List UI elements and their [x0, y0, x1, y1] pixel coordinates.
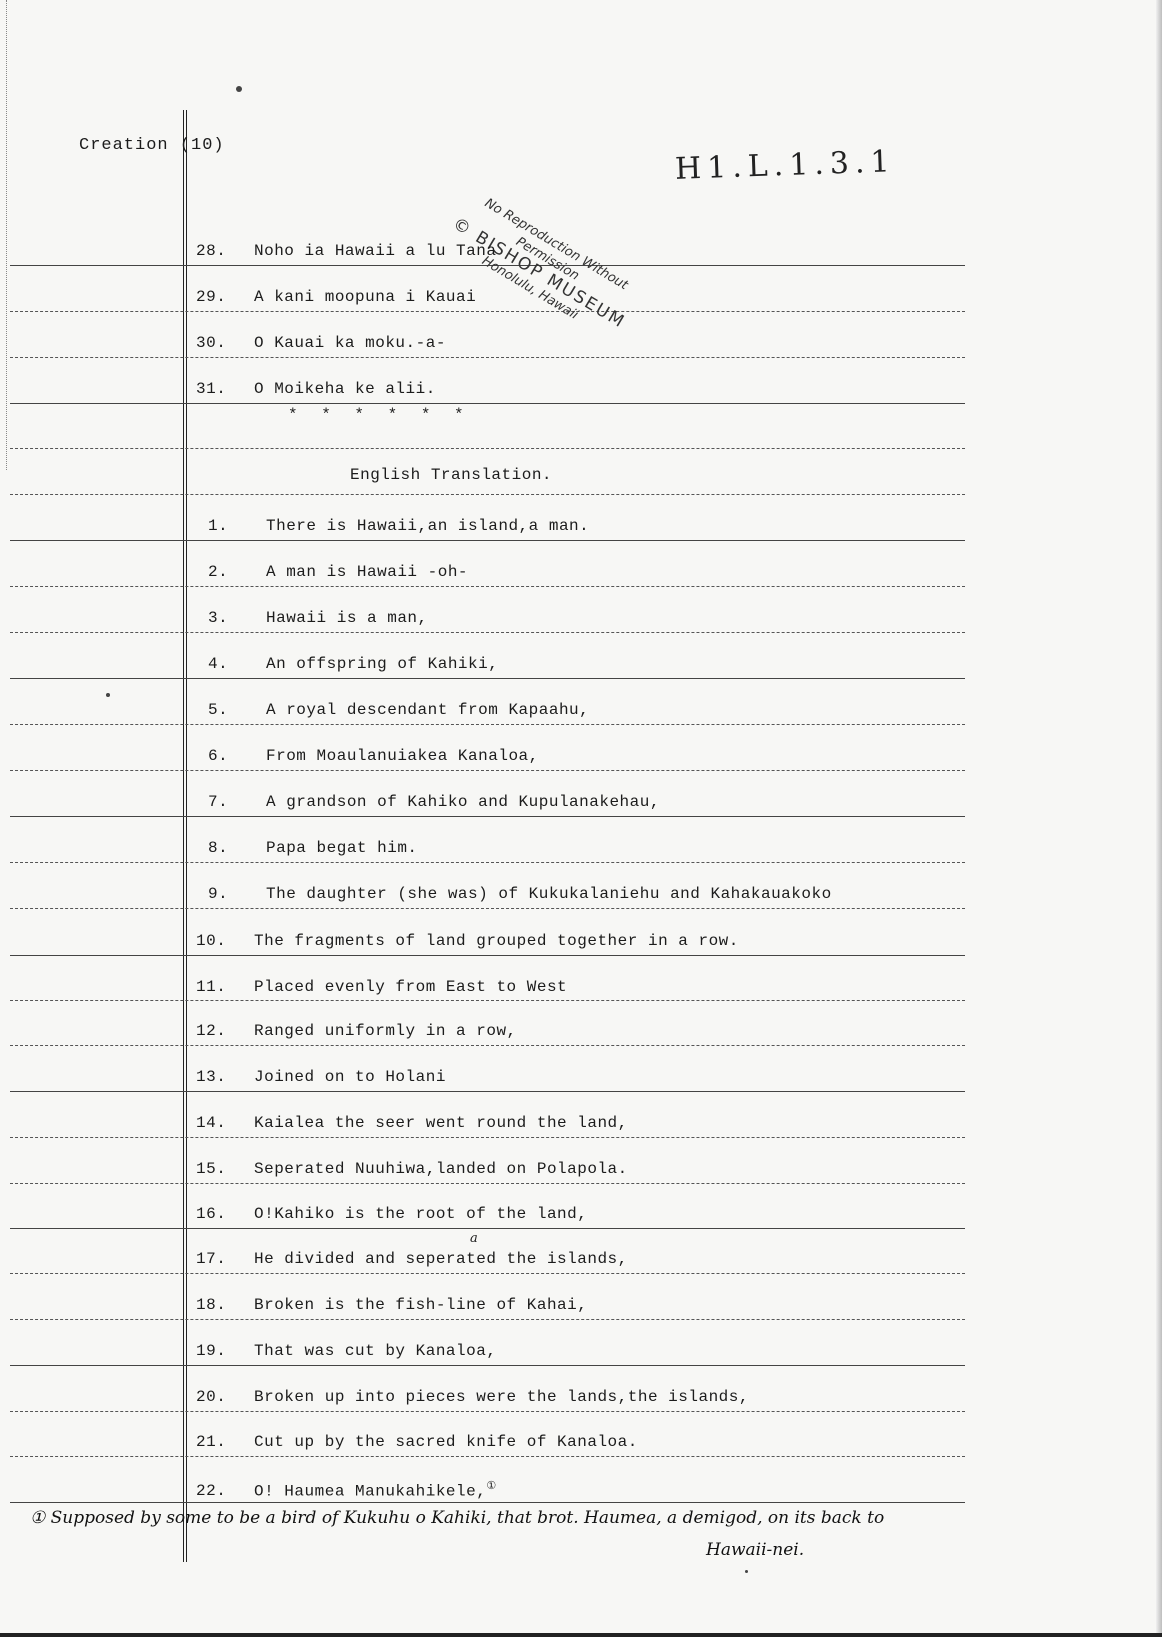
- verse-text: A man is Hawaii -oh-: [266, 563, 468, 581]
- verse-text: From Moaulanuiakea Kanaloa,: [266, 747, 539, 765]
- verse-number: 1.: [208, 517, 266, 535]
- verse-number: 19.: [196, 1342, 254, 1360]
- verse-text: Papa begat him.: [266, 839, 418, 857]
- verse-text: Cut up by the sacred knife of Kanaloa.: [254, 1433, 638, 1451]
- ruled-line: [10, 1502, 965, 1503]
- page-header-title: Creation (10): [79, 136, 225, 155]
- ruled-line: [10, 908, 965, 909]
- verse-line: 13.Joined on to Holani: [196, 1068, 446, 1086]
- verse-line: 21.Cut up by the sacred knife of Kanaloa…: [196, 1433, 638, 1451]
- ruled-line: [10, 1137, 965, 1138]
- verse-line: 29.A kani moopuna i Kauai: [196, 288, 476, 306]
- ruled-line: [10, 403, 965, 404]
- verse-text: He divided and seperated the islands,: [254, 1250, 628, 1268]
- document-page: Creation (10) H1.L.1.3.1 No Reproduction…: [0, 0, 1162, 1637]
- verse-line: 5.A royal descendant from Kapaahu,: [208, 701, 589, 719]
- paper-speck: [745, 1570, 748, 1573]
- verse-line: 16.O!Kahiko is the root of the land,: [196, 1205, 587, 1223]
- ruled-line: [10, 540, 965, 541]
- ruled-line: [10, 1319, 965, 1320]
- ruled-line: [10, 1456, 965, 1457]
- verse-number: 20.: [196, 1388, 254, 1406]
- verse-line: 22.O! Haumea Manukahikele,①: [196, 1479, 497, 1500]
- page-right-shadow: [1156, 0, 1162, 1637]
- verse-number: 18.: [196, 1296, 254, 1314]
- footnote-marker: ①: [486, 1479, 496, 1492]
- verse-line: 31.O Moikeha ke alii.: [196, 380, 436, 398]
- ruled-line: [10, 1228, 965, 1229]
- ruled-line: [10, 1411, 965, 1412]
- page-bottom-edge: [0, 1633, 1162, 1637]
- ruled-line: [10, 1045, 965, 1046]
- section-separator: * * * * * *: [288, 406, 464, 424]
- catalog-number: H1.L.1.3.1: [674, 144, 896, 187]
- section-title: English Translation.: [350, 466, 552, 484]
- ruled-line: [10, 1365, 965, 1366]
- verse-line: 12.Ranged uniformly in a row,: [196, 1022, 517, 1040]
- verse-line: 15.Seperated Nuuhiwa,landed on Polapola.: [196, 1160, 628, 1178]
- footnote-line-1: ① Supposed by some to be a bird of Kukuh…: [30, 1508, 884, 1528]
- ruled-line: [10, 955, 965, 956]
- verse-text: Broken is the fish-line of Kahai,: [254, 1296, 587, 1314]
- verse-number: 9.: [208, 885, 266, 903]
- paper-speck: [106, 693, 110, 697]
- page-left-edge: [6, 0, 7, 470]
- ruled-line: [10, 1091, 965, 1092]
- ruled-line: [10, 770, 965, 771]
- verse-line: 28.Noho ia Hawaii a lu Tana: [196, 242, 496, 260]
- verse-line: 17.He divided and seperated the islands,: [196, 1250, 628, 1268]
- verse-text: The daughter (she was) of Kukukalaniehu …: [266, 885, 832, 903]
- footnote-line-2: Hawaii-nei.: [706, 1540, 804, 1560]
- verse-number: 31.: [196, 380, 254, 398]
- verse-text: A kani moopuna i Kauai: [254, 288, 476, 306]
- verse-number: 13.: [196, 1068, 254, 1086]
- verse-text: Joined on to Holani: [254, 1068, 446, 1086]
- ruled-line: [10, 632, 965, 633]
- ruled-line: [10, 1273, 965, 1274]
- verse-text: Hawaii is a man,: [266, 609, 428, 627]
- ruled-line: [10, 494, 965, 495]
- verse-text: There is Hawaii,an island,a man.: [266, 517, 589, 535]
- verse-number: 5.: [208, 701, 266, 719]
- ruled-line: [10, 816, 965, 817]
- handwritten-correction: a: [470, 1231, 478, 1246]
- verse-number: 6.: [208, 747, 266, 765]
- verse-number: 7.: [208, 793, 266, 811]
- verse-text: O! Haumea Manukahikele,: [254, 1482, 486, 1500]
- verse-text: Kaialea the seer went round the land,: [254, 1114, 628, 1132]
- verse-line: 30.O Kauai ka moku.-a-: [196, 334, 446, 352]
- verse-number: 15.: [196, 1160, 254, 1178]
- verse-line: 20.Broken up into pieces were the lands,…: [196, 1388, 749, 1406]
- ruled-line: [10, 311, 965, 312]
- verse-text: Placed evenly from East to West: [254, 978, 567, 996]
- verse-number: 16.: [196, 1205, 254, 1223]
- ruled-line: [10, 1183, 965, 1184]
- verse-number: 12.: [196, 1022, 254, 1040]
- verse-number: 14.: [196, 1114, 254, 1132]
- ruled-line: [10, 724, 965, 725]
- verse-line: 18.Broken is the fish-line of Kahai,: [196, 1296, 587, 1314]
- verse-number: 28.: [196, 242, 254, 260]
- verse-line: 2.A man is Hawaii -oh-: [208, 563, 468, 581]
- verse-line: 3.Hawaii is a man,: [208, 609, 428, 627]
- verse-text: Noho ia Hawaii a lu Tana: [254, 242, 496, 260]
- verse-text: A grandson of Kahiko and Kupulanakehau,: [266, 793, 660, 811]
- verse-line: 6.From Moaulanuiakea Kanaloa,: [208, 747, 539, 765]
- verse-line: 19.That was cut by Kanaloa,: [196, 1342, 496, 1360]
- verse-number: 17.: [196, 1250, 254, 1268]
- ruled-line: [10, 586, 965, 587]
- verse-text: Broken up into pieces were the lands,the…: [254, 1388, 749, 1406]
- verse-line: 7.A grandson of Kahiko and Kupulanakehau…: [208, 793, 660, 811]
- verse-number: 22.: [196, 1482, 254, 1500]
- ruled-line: [10, 357, 965, 358]
- verse-line: 1.There is Hawaii,an island,a man.: [208, 517, 589, 535]
- verse-number: 3.: [208, 609, 266, 627]
- verse-text: O Moikeha ke alii.: [254, 380, 436, 398]
- verse-number: 30.: [196, 334, 254, 352]
- verse-number: 4.: [208, 655, 266, 673]
- verse-number: 21.: [196, 1433, 254, 1451]
- verse-text: That was cut by Kanaloa,: [254, 1342, 496, 1360]
- verse-line: 10.The fragments of land grouped togethe…: [196, 932, 739, 950]
- verse-number: 11.: [196, 978, 254, 996]
- ruled-line: [10, 862, 965, 863]
- verse-number: 29.: [196, 288, 254, 306]
- verse-line: 9.The daughter (she was) of Kukukalanieh…: [208, 885, 832, 903]
- verse-text: An offspring of Kahiki,: [266, 655, 498, 673]
- verse-number: 10.: [196, 932, 254, 950]
- verse-number: 2.: [208, 563, 266, 581]
- ruled-line: [10, 448, 965, 449]
- paper-speck: [236, 86, 242, 92]
- ruled-line: [10, 678, 965, 679]
- verse-text: Ranged uniformly in a row,: [254, 1022, 517, 1040]
- ruled-line: [10, 1000, 965, 1001]
- margin-rule: [183, 110, 187, 1562]
- verse-text: O Kauai ka moku.-a-: [254, 334, 446, 352]
- verse-text: O!Kahiko is the root of the land,: [254, 1205, 587, 1223]
- verse-line: 14.Kaialea the seer went round the land,: [196, 1114, 628, 1132]
- verse-line: 8.Papa begat him.: [208, 839, 418, 857]
- verse-line: 11.Placed evenly from East to West: [196, 978, 567, 996]
- verse-number: 8.: [208, 839, 266, 857]
- museum-stamp: No Reproduction Without Permission © BIS…: [427, 178, 659, 355]
- verse-text: The fragments of land grouped together i…: [254, 932, 739, 950]
- verse-text: Seperated Nuuhiwa,landed on Polapola.: [254, 1160, 628, 1178]
- verse-line: 4.An offspring of Kahiki,: [208, 655, 498, 673]
- verse-text: A royal descendant from Kapaahu,: [266, 701, 589, 719]
